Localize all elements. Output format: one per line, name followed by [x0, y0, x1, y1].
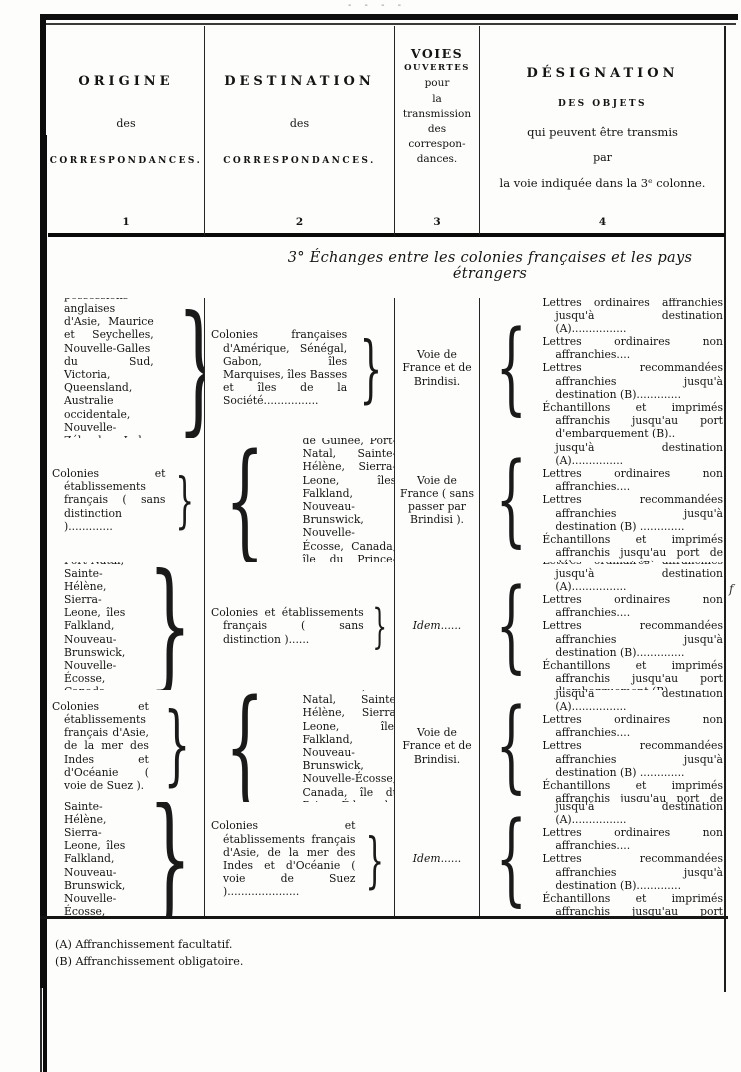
row1-voie-text: Voie de France et de Brindisi.: [395, 348, 479, 388]
designation-item: Échantillons et imprimés affranchis jusq…: [542, 659, 723, 690]
page-top-marks: - - - -: [348, 0, 406, 11]
grouping-brace: }: [356, 830, 394, 889]
row3-origine-cell: Cap de Bonne-Espérance, côte de Guinée, …: [48, 562, 205, 690]
row4-designation-list: Lettres ordinaires affranchies jusqu'à d…: [542, 690, 725, 802]
row1-origine-text: Shang-Haï et Yokohama, possessions angla…: [48, 298, 155, 438]
grouping-brace: }: [155, 299, 205, 437]
row3-voie-cell: Idem......: [395, 562, 480, 690]
header-voies-ouvertes: OUVERTES: [404, 61, 470, 76]
header-voies-line-pour: pour: [425, 76, 450, 91]
footnote-a: (A) Affranchissement facultatif.: [55, 936, 243, 953]
designation-item: Lettres recommandées affranchies jusqu'à…: [542, 361, 723, 401]
row4-destination-cell: { Cap de Bonne-Espérance, côte de Guinée…: [205, 690, 395, 802]
header-designation-number: 4: [599, 216, 606, 233]
section-title: 3° Échanges entre les colonies française…: [250, 250, 730, 282]
left-page-border: [40, 14, 46, 988]
row2-voie-cell: Voie de France ( sans passer par Brindis…: [395, 438, 480, 562]
row2-origine-cell: Colonies et établissements français ( sa…: [48, 438, 205, 562]
row1-designation-list: Lettres ordinaires affranchies jusqu'à d…: [542, 298, 725, 438]
row2-destination-cell: { Cap de Bonne-Espérance, côte de Guinée…: [205, 438, 395, 562]
row4-destination-text: Cap de Bonne-Espérance, côte de Guinée, …: [285, 690, 395, 802]
header-voies-line-dances: dances.: [417, 152, 458, 167]
grouping-brace: }: [150, 703, 204, 788]
header-col-voies: VOIES OUVERTES pour la transmission des …: [395, 26, 480, 237]
table-header: ORIGINE des CORRESPONDANCES. 1 DESTINATI…: [48, 26, 725, 237]
row1-designation-cell: { Lettres ordinaires affranchies jusqu'à…: [480, 298, 725, 438]
header-designation-objets: DES OBJETS: [558, 99, 647, 109]
header-col-designation: DÉSIGNATION DES OBJETS qui peuvent être …: [480, 26, 725, 237]
table-body: Shang-Haï et Yokohama, possessions angla…: [48, 298, 725, 916]
row2-origine-text: Colonies et établissements français ( sa…: [48, 467, 166, 533]
header-destination-number: 2: [296, 216, 303, 233]
row5-designation-cell: { Lettres ordinaires affranchies jusqu'à…: [480, 802, 725, 916]
row4-voie-text: Voie de France et de Brindisi.: [395, 726, 479, 766]
designation-item: Lettres ordinaires affranchies jusqu'à d…: [542, 802, 723, 826]
designation-item: Lettres recommandées affranchies jusqu'à…: [542, 739, 723, 779]
row4-origine-text: Colonies et établissements français d'As…: [48, 700, 150, 792]
row5-designation-list: Lettres ordinaires affranchies jusqu'à d…: [542, 802, 725, 916]
grouping-brace: }: [126, 562, 205, 690]
header-voies-line-la: la: [432, 92, 442, 107]
header-voies-line-transmission: transmission: [403, 107, 471, 122]
row3-origine-text: Cap de Bonne-Espérance, côte de Guinée, …: [48, 562, 126, 690]
row5-voie-text: Idem......: [395, 852, 479, 865]
row1-voie-cell: Voie de France et de Brindisi.: [395, 298, 480, 438]
designation-item: Lettres ordinaires affranchies jusqu'à d…: [542, 438, 723, 467]
designation-item: Lettres ordinaires affranchies jusqu'à d…: [542, 298, 723, 335]
bottom-rule: [40, 916, 728, 919]
header-col-destination: DESTINATION des CORRESPONDANCES. 2: [205, 26, 395, 237]
header-destination-correspondances: CORRESPONDANCES.: [223, 156, 376, 166]
header-origine-number: 1: [122, 216, 129, 233]
grouping-brace: }: [166, 470, 204, 529]
designation-item: Lettres recommandées affranchies jusqu'à…: [542, 619, 723, 659]
row5-origine-text: Cap de Bonne-Espérance, côte de Guinée, …: [48, 802, 126, 916]
row3-voie-text: Idem......: [395, 619, 479, 632]
row3-destination-cell: Colonies et établissements français ( sa…: [205, 562, 395, 690]
row3-designation-cell: { Lettres ordinaires affranchies jusqu'à…: [480, 562, 725, 690]
grouping-brace: {: [205, 438, 285, 562]
scan-artifact: f: [729, 582, 733, 596]
designation-item: Échantillons et imprimés affranchis jusq…: [542, 892, 723, 916]
designation-item: Lettres ordinaires non affranchies....: [542, 593, 723, 619]
top-rule-thick: [40, 14, 738, 20]
row1-origine-cell: Shang-Haï et Yokohama, possessions angla…: [48, 298, 205, 438]
grouping-brace: {: [480, 577, 542, 675]
footnotes: (A) Affranchissement facultatif. (B) Aff…: [55, 936, 243, 971]
row5-voie-cell: Idem......: [395, 802, 480, 916]
grouping-brace: {: [480, 451, 542, 549]
document-page: - - - - ORIGINE des CORRESPONDANCES. 1 D…: [0, 0, 741, 1072]
top-rule-thin: [46, 23, 736, 25]
grouping-brace: }: [126, 802, 205, 916]
row1-destination-text: Colonies françaises d'Amérique, Sénégal,…: [205, 328, 348, 407]
header-destination-des: des: [290, 117, 309, 130]
grouping-brace: {: [480, 810, 542, 908]
row2-destination-text: Cap de Bonne-Espérance, côte de Guinée, …: [285, 438, 395, 562]
designation-item: Lettres ordinaires affranchies jusqu'à d…: [542, 690, 723, 713]
row2-designation-list: Lettres ordinaires affranchies jusqu'à d…: [542, 438, 725, 562]
header-origine-des: des: [116, 117, 135, 130]
designation-item: Lettres ordinaires non affranchies....: [542, 826, 723, 852]
row2-designation-cell: { Lettres ordinaires affranchies jusqu'à…: [480, 438, 725, 562]
header-col-origine: ORIGINE des CORRESPONDANCES. 1: [48, 26, 205, 237]
row4-designation-cell: { Lettres ordinaires affranchies jusqu'à…: [480, 690, 725, 802]
designation-item: Échantillons et imprimés affranchis jusq…: [542, 401, 723, 438]
designation-item: Lettres recommandées affranchies jusqu'à…: [542, 852, 723, 892]
row4-origine-cell: Colonies et établissements français d'As…: [48, 690, 205, 802]
header-voies-number: 3: [433, 216, 440, 233]
grouping-brace: {: [480, 697, 542, 795]
header-destination-title: DESTINATION: [224, 74, 375, 89]
footnote-b: (B) Affranchissement obligatoire.: [55, 953, 243, 970]
row3-designation-list: Lettres ordinaires affranchies jusqu'à d…: [542, 562, 725, 690]
grouping-brace: }: [348, 332, 394, 404]
designation-item: Lettres ordinaires non affranchies....: [542, 467, 723, 493]
designation-item: Échantillons et imprimés affranchis jusq…: [542, 779, 723, 802]
designation-item: Lettres ordinaires affranchies jusqu'à d…: [542, 562, 723, 593]
grouping-brace: }: [365, 603, 394, 649]
header-designation-par: par: [593, 151, 612, 164]
header-designation-voie-indiquee: la voie indiquée dans la 3ᵉ colonne.: [500, 176, 706, 190]
row4-voie-cell: Voie de France et de Brindisi.: [395, 690, 480, 802]
row5-origine-cell: Cap de Bonne-Espérance, côte de Guinée, …: [48, 802, 205, 916]
designation-item: Lettres ordinaires non affranchies....: [542, 713, 723, 739]
header-voies-title: VOIES: [411, 46, 463, 61]
designation-item: Lettres ordinaires non affranchies....: [542, 335, 723, 361]
row3-destination-text: Colonies et établissements français ( sa…: [205, 606, 365, 646]
header-origine-title: ORIGINE: [78, 74, 173, 89]
grouping-brace: {: [480, 319, 542, 417]
header-voies-line-des: des: [428, 122, 446, 137]
row5-destination-text: Colonies et établissements français d'As…: [205, 819, 356, 898]
row5-destination-cell: Colonies et établissements français d'As…: [205, 802, 395, 916]
header-designation-title: DÉSIGNATION: [527, 66, 679, 81]
header-designation-transmis: qui peuvent être transmis: [527, 125, 678, 139]
row1-destination-cell: Colonies françaises d'Amérique, Sénégal,…: [205, 298, 395, 438]
header-origine-correspondances: CORRESPONDANCES.: [50, 156, 203, 166]
header-voies-line-correspon: correspon-: [408, 137, 465, 152]
designation-item: Lettres recommandées affranchies jusqu'à…: [542, 493, 723, 533]
grouping-brace: {: [205, 690, 285, 802]
designation-item: Échantillons et imprimés affranchis jusq…: [542, 533, 723, 562]
row2-voie-text: Voie de France ( sans passer par Brindis…: [395, 474, 479, 527]
